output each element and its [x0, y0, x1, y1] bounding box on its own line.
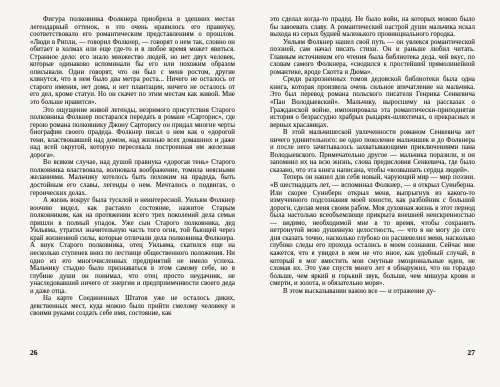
paragraph: Во всяком случае, над душой правнука «до…: [30, 159, 235, 197]
paragraph: Это ощущение живой легенды, незримого пр…: [30, 107, 235, 160]
paragraph: В этом высказывании важно все — и отраже…: [270, 288, 475, 296]
paragraph: В этой мальчишеской увлеченности романом…: [270, 129, 475, 174]
paragraph: Фигура полковника Фолкнера приобрела в з…: [30, 16, 235, 107]
left-page-text-block: Фигура полковника Фолкнера приобрела в з…: [30, 16, 235, 318]
paragraph: Среди разрозненных томов дедовской библи…: [270, 76, 475, 129]
paragraph: На карте Соединенных Штатов уже не остал…: [30, 295, 235, 318]
right-page-number: 27: [270, 348, 475, 357]
paragraph: это сделал когда-то прадед. Не было войн…: [270, 16, 475, 39]
paragraph: Уильям Фолкнер нашел свой путь — он увле…: [270, 39, 475, 77]
left-page-number: 26: [30, 348, 38, 357]
paragraph: Теперь он нашел для себя новый, чарующий…: [270, 174, 475, 287]
paragraph: А жизнь вокруг была тусклой и неинтересн…: [30, 197, 235, 295]
right-page-text-block: это сделал когда-то прадед. Не было войн…: [270, 16, 475, 295]
